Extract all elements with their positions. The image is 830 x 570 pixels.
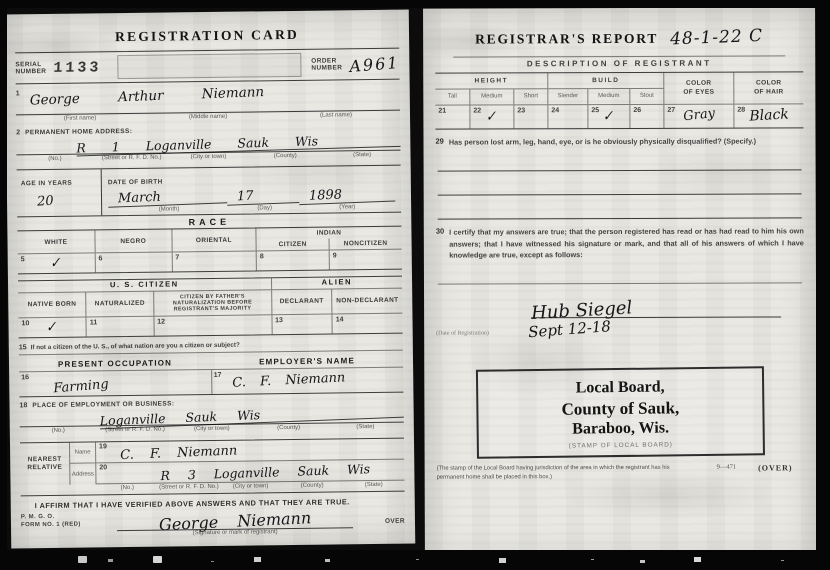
- over-label: (OVER): [758, 464, 792, 473]
- field-number: 15: [19, 344, 27, 351]
- build-medium-cell: 25 ✓: [587, 104, 629, 128]
- non-declarant-cell: 14: [332, 313, 403, 334]
- registrant-signature-block: George Niemann (Signature or mark of reg…: [99, 510, 371, 537]
- race-indian-citizen-label: Citizen: [256, 239, 329, 251]
- checkmark: ✓: [486, 109, 499, 124]
- registrant-name: George Arthur Niemann: [30, 79, 396, 108]
- field-number: 11: [90, 319, 98, 327]
- present-occupation-header: PRESENT OCCUPATION: [19, 356, 211, 371]
- hair-color-value: Black: [749, 107, 789, 125]
- birthdate-label: Date of Birth: [108, 179, 163, 187]
- occupation-value: Farming: [53, 369, 211, 397]
- film-border-right: [816, 0, 830, 570]
- film-border-top: [0, 0, 830, 8]
- occupation-cell: 16 Farming: [19, 370, 211, 396]
- hair-color-header-line2: OF HAIR: [754, 88, 784, 96]
- sublabel-city: (City or town): [173, 426, 250, 433]
- field-number: 27: [667, 107, 675, 115]
- field-number: 7: [175, 254, 179, 261]
- registrars-report-footer: (The stamp of the Local Board having jur…: [437, 464, 805, 482]
- field-number: 28: [737, 107, 745, 115]
- question-29-text: Has person lost arm, leg, hand, eye, or …: [449, 136, 756, 148]
- relative-name-value: C. F. Niemann: [120, 437, 404, 463]
- order-number-label: ORDER NUMBER: [311, 57, 345, 72]
- nearest-relative-block: NEAREST RELATIVE Name Address 19 C. F. N…: [20, 438, 405, 497]
- race-oriental-label: Oriental: [171, 228, 256, 251]
- field-number: 23: [517, 107, 525, 115]
- field-number: 10: [21, 320, 29, 328]
- race-negro-label: Negro: [94, 229, 171, 252]
- registrars-report-titlebar: REGISTRAR'S REPORT 48-1-22 C: [435, 27, 803, 48]
- birth-day: 17: [227, 187, 300, 206]
- sublabel-first-name: (First name): [16, 115, 144, 123]
- sublabel-county: (County): [281, 482, 343, 490]
- registrant-signature: George Niemann: [158, 508, 311, 534]
- registrars-report: REGISTRAR'S REPORT 48-1-22 C DESCRIPTION…: [423, 7, 817, 562]
- question-30: 30 I certify that my answers are true; t…: [436, 226, 804, 261]
- field-number: 29: [435, 137, 443, 148]
- relative-address-cell: 20 R 3 Loganville Sauk Wis: [96, 460, 404, 485]
- film-border-bottom: [0, 550, 830, 570]
- stamp-area-box: [117, 53, 301, 79]
- registrars-report-title: REGISTRAR'S REPORT: [475, 31, 658, 47]
- name-row: 1 George Arthur Niemann: [16, 84, 400, 115]
- race-indian-noncitizen-label: Noncitizen: [329, 238, 402, 250]
- field-number: 19: [99, 443, 107, 450]
- field-number: 20: [99, 464, 107, 471]
- registration-card: REGISTRATION CARD SERIAL NUMBER 1133 ORD…: [5, 10, 415, 549]
- slender-cell: 24: [547, 104, 587, 128]
- field-number: 17: [214, 372, 222, 379]
- hair-color-header-line1: COLOR: [756, 80, 782, 88]
- blank-answer-line: [438, 171, 802, 196]
- microfilm-scan: REGISTRATION CARD SERIAL NUMBER 1133 ORD…: [0, 0, 830, 570]
- registrar-signature-block: Hub Siegel: [436, 300, 804, 319]
- relative-address-value: R 3 Loganville Sauk Wis: [160, 460, 404, 483]
- affirmation-statement: I AFFIRM THAT I HAVE VERIFIED ABOVE ANSW…: [21, 497, 405, 511]
- tall-label: Tall: [435, 89, 469, 105]
- birthdate-box: Date of Birth March 17 1898 (Month) (Day…: [102, 166, 402, 216]
- registration-card-footer: P. M. G. O. Form No. 1 (Red) George Niem…: [21, 510, 405, 539]
- citizen-by-father-label: Citizen by Father's Naturalization Befor…: [153, 290, 271, 315]
- citizen-by-father-cell: 12: [153, 314, 271, 335]
- short-cell: 23: [513, 104, 547, 128]
- film-marks: [78, 556, 87, 563]
- non-declarant-label: Non-declarant: [331, 289, 402, 314]
- declarant-cell: 13: [271, 314, 332, 335]
- blank-answer-line: [438, 260, 802, 285]
- question-29: 29 Has person lost arm, leg, hand, eye, …: [435, 135, 803, 148]
- registration-date-label: (Date of Registration): [436, 331, 528, 337]
- nearest-relative-label: NEAREST RELATIVE: [20, 443, 71, 486]
- field-number: 5: [21, 256, 25, 263]
- tall-cell: 21: [435, 105, 469, 129]
- age-label: Age in Years: [21, 180, 72, 188]
- checkmark: ✓: [46, 320, 58, 336]
- sublabel-day: (Day): [230, 205, 300, 212]
- build-header: BUILD: [547, 73, 663, 88]
- stamp-line-3: Baraboo, Wis.: [485, 418, 757, 441]
- sublabel-county: (County): [250, 425, 327, 432]
- race-oriental-cell: 7: [171, 250, 256, 271]
- field-number: 24: [551, 107, 559, 115]
- naturalized-cell: 11: [86, 316, 154, 337]
- sublabel-no: (No.): [97, 485, 159, 493]
- occupation-values-row: 16 Farming 17 C. F. Niemann: [19, 368, 403, 398]
- sublabel-year: (Year): [299, 204, 395, 211]
- stout-label: Stout: [629, 88, 663, 104]
- relative-name-label: Name: [70, 442, 96, 463]
- eye-color-header-line2: OF EYES: [683, 88, 714, 96]
- hair-color-cell: 28 Black: [733, 103, 803, 127]
- field-number: 2: [16, 129, 20, 136]
- field-number: 14: [336, 316, 344, 324]
- age-birthdate-row: Age in Years 20 Date of Birth March 17 1…: [17, 165, 402, 218]
- height-header: HEIGHT: [435, 73, 547, 88]
- race-white-label: White: [17, 230, 94, 253]
- print-code: 9—471: [717, 464, 737, 471]
- eye-color-cell: 27 Gray: [663, 104, 733, 128]
- race-indian-noncitizen-cell: 9: [329, 249, 402, 270]
- race-negro-cell: 6: [94, 251, 171, 272]
- age-box: Age in Years 20: [17, 169, 103, 216]
- citizenship-question-row: 15 If not a citizen of the U. S., of wha…: [19, 340, 403, 356]
- description-table: HEIGHT BUILD COLOR OF EYES COLOR OF HAIR…: [435, 71, 803, 129]
- form-number-line2: Form No. 1 (Red): [21, 521, 99, 529]
- sublabel-street: (Street or R. F. D. No.): [158, 484, 220, 492]
- declarant-label: Declarant: [271, 290, 332, 315]
- field-number: 30: [436, 227, 444, 261]
- field-number: 18: [19, 402, 27, 409]
- stamp-footnote: (The stamp of the Local Board having jur…: [437, 464, 689, 482]
- field-number: 26: [633, 107, 641, 115]
- description-section-header: DESCRIPTION OF REGISTRANT: [453, 55, 785, 68]
- local-board-stamp: Local Board, County of Sauk, Baraboo, Wi…: [476, 366, 765, 459]
- blank-answer-line: [438, 195, 802, 220]
- eye-color-value: Gray: [682, 107, 715, 125]
- registration-date-row: (Date of Registration) Sept 12-18: [436, 320, 804, 339]
- eye-color-header: COLOR OF EYES: [663, 73, 733, 104]
- checkmark: ✓: [603, 109, 616, 124]
- blank-answer-line: [438, 147, 802, 172]
- serial-number-value: 1133: [53, 59, 102, 77]
- board-stamp-code: 48-1-22 C: [670, 26, 764, 50]
- short-label: Short: [513, 88, 547, 104]
- order-number-value: A961: [349, 52, 400, 75]
- sublabel-no: (No.): [20, 427, 97, 434]
- field-number: 25: [591, 107, 599, 115]
- serial-number-label: SERIAL NUMBER: [15, 61, 47, 76]
- race-table: White Negro Oriental Indian Citizen Nonc…: [17, 226, 402, 275]
- over-label: OVER: [371, 518, 405, 525]
- citizenship-question-label: If not a citizen of the U. S., of what n…: [31, 342, 240, 352]
- field-number: 16: [21, 374, 29, 381]
- race-white-cell: 5 ✓: [18, 252, 95, 273]
- field-number: 6: [98, 255, 102, 262]
- employers-name-header: EMPLOYER'S NAME: [211, 354, 403, 369]
- employer-value: C. F. Niemann: [231, 368, 403, 391]
- race-indian-citizen-cell: 8: [256, 250, 329, 271]
- slender-label: Slender: [547, 88, 587, 104]
- eye-color-header-line1: COLOR: [686, 80, 712, 88]
- stout-cell: 26: [629, 104, 663, 128]
- home-address-label: PERMANENT HOME ADDRESS:: [25, 128, 132, 136]
- naturalized-label: Naturalized: [86, 292, 154, 317]
- height-medium-label: Medium: [469, 88, 513, 104]
- registration-card-title: REGISTRATION CARD: [15, 26, 399, 47]
- sublabel-middle-name: (Middle name): [144, 113, 272, 121]
- sublabel-state: (State): [324, 152, 401, 159]
- serial-order-row: SERIAL NUMBER 1133 ORDER NUMBER A961: [15, 48, 399, 85]
- field-number: 22: [473, 107, 481, 115]
- sublabel-state: (State): [343, 482, 405, 490]
- hair-color-header: COLOR OF HAIR: [733, 72, 803, 103]
- sublabel-county: (County): [247, 153, 324, 160]
- field-number: 8: [260, 253, 264, 260]
- native-born-cell: 10 ✓: [18, 317, 86, 338]
- native-born-label: Native Born: [18, 293, 86, 318]
- height-medium-cell: 22 ✓: [469, 104, 513, 128]
- field-number: 9: [333, 252, 337, 259]
- question-30-text: I certify that my answers are true; that…: [449, 226, 804, 261]
- field-number: 12: [157, 319, 165, 327]
- sublabel-city: (City or town): [220, 483, 282, 491]
- age-value: 20: [37, 191, 98, 210]
- employment-place-label: PLACE OF EMPLOYMENT OR BUSINESS:: [32, 400, 174, 409]
- film-border-left: [0, 0, 7, 570]
- relative-address-label: Address: [70, 463, 96, 484]
- form-number: P. M. G. O. Form No. 1 (Red): [21, 513, 99, 529]
- field-number: 21: [438, 108, 446, 116]
- citizenship-table: U. S. CITIZEN ALIEN Native Born Naturali…: [18, 276, 403, 339]
- stamp-sublabel: (STAMP OF LOCAL BOARD): [485, 441, 757, 451]
- field-number: 1: [16, 90, 20, 97]
- sublabel-state: (State): [327, 424, 404, 431]
- field-number: 13: [275, 317, 283, 325]
- sublabel-city: (City or town): [170, 154, 247, 161]
- checkmark: ✓: [50, 256, 62, 272]
- build-medium-label: Medium: [587, 88, 629, 104]
- employer-cell: 17 C. F. Niemann: [211, 368, 404, 394]
- sublabel-last-name: (Last name): [272, 112, 400, 120]
- sublabel-no: (No.): [16, 155, 93, 162]
